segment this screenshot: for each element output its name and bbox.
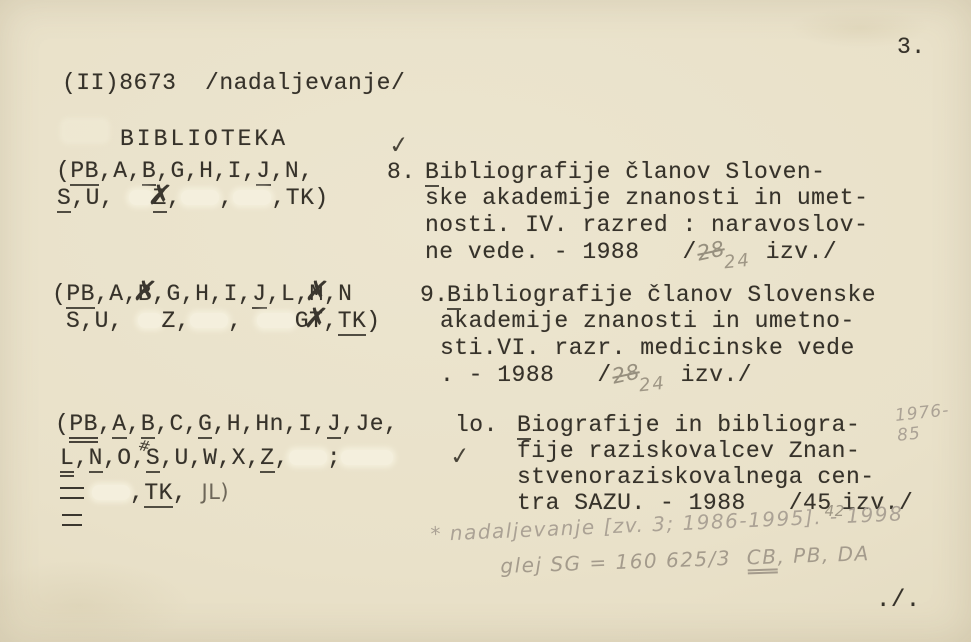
note-text: , PB, DA: [777, 541, 870, 568]
copies-count-correction: 24: [723, 248, 752, 277]
sigla-letter-crossed: B✗: [138, 281, 152, 307]
entry-10-title-line-3: stvenoraziskovalnega cen-: [517, 464, 875, 490]
whiteout-patch: [257, 313, 295, 328]
copies-count-correction: 24: [638, 371, 667, 400]
entry-10-sigla-line-2: L,N,O,S,U,W,X,Z,;: [60, 445, 393, 471]
title-initial: B: [425, 159, 439, 187]
checkmark-icon: ✓: [388, 130, 411, 160]
whiteout-patch: [341, 450, 393, 465]
entry-8-sigla-line-1: (PB,A,B,G,H,I,J,N,: [56, 158, 314, 184]
title-initial: B: [447, 282, 461, 310]
note-sigla-underlined: CB: [746, 544, 778, 574]
entry-9-title-line-4: . - 1988 /2824 izv./: [440, 361, 752, 389]
double-underline-mark: [60, 487, 84, 499]
sigla-segment: (: [52, 281, 66, 307]
paper-stain: [0, 560, 190, 642]
pencil-years-note: 1976-85: [894, 398, 971, 446]
end-mark: ./.: [876, 588, 921, 614]
sigla-segment: ,: [74, 445, 88, 471]
sigla-segment-handwritten: JL): [202, 480, 230, 504]
sigla-segment: ,: [98, 411, 112, 437]
sigla-segment: N: [89, 445, 103, 473]
strikeout-x-icon: ✗: [146, 180, 174, 211]
sigla-segment: Z: [260, 445, 274, 473]
sigla-segment: ,H,Hn,I,: [212, 411, 326, 437]
sigla-segment: J: [252, 281, 266, 309]
entry-9-sigla-line-2: S,U, Z,, GT✗,TK): [66, 308, 381, 334]
sigla-segment: ,: [176, 308, 190, 334]
sigla-segment: ,O,: [103, 445, 146, 471]
sigla-letter-crossed: T✗: [309, 308, 323, 334]
entry-10-sigla-line-3: ,TK, JL): [60, 479, 229, 506]
entry-8-title-line-3: nosti. IV. razred : naravoslov-: [425, 212, 868, 238]
sigla-segment: PB: [69, 411, 98, 443]
sigla-segment: G: [198, 411, 212, 439]
sigla-segment: J: [256, 158, 270, 186]
title-text: ibliografije članov Sloven-: [439, 159, 825, 185]
entry-10-title-line-2: fije raziskovalcev Znan-: [517, 438, 860, 464]
whiteout-patch: [289, 450, 327, 465]
sigla-segment: ,: [173, 480, 202, 506]
sigla-segment: ,: [130, 480, 144, 506]
title-initial: B: [517, 412, 531, 440]
sigla-segment: L: [60, 445, 74, 477]
entry-10-sigla-line-1: (PB,A,B,C,G,H,Hn,I,J,Je,: [55, 411, 398, 437]
sigla-segment: (: [56, 158, 70, 184]
handwritten-note-reference: glej SG = 160 625/3 CB, PB, DA: [500, 541, 870, 578]
sigla-segment: J: [327, 411, 341, 439]
entry-9-title-line-2: akademije znanosti in umetno-: [440, 308, 855, 334]
entry-9-title-line-1: Bibliografije članov Slovenske: [447, 282, 876, 308]
entry-8-title-line-4: ne vede. - 1988 /2824 izv./: [425, 238, 837, 266]
collection-title: BIBLIOTEKA: [120, 126, 288, 152]
whiteout-patch: [190, 313, 228, 328]
strikeout-x-icon: ✗: [303, 303, 331, 334]
entry-8-title-line-1: Bibliografije članov Sloven-: [425, 159, 825, 185]
sigla-segment: ,: [275, 445, 289, 471]
sigla-segment: PB: [66, 281, 95, 309]
checkmark-icon: ✓: [449, 441, 472, 471]
sigla-segment: S,U,: [66, 308, 138, 334]
entry-9-number: 9.: [420, 282, 449, 308]
sigla-segment: ,U,W,X,: [160, 445, 260, 471]
sigla-letter-crossed: Z✗: [153, 185, 167, 213]
catalog-card: 3. (II)8673 /nadaljevanje/ BIBLIOTEKA ✓ …: [0, 0, 971, 642]
sigla-segment: ,Je,: [341, 411, 398, 437]
call-number-line: (II)8673 /nadaljevanje/: [62, 70, 405, 96]
title-text: izv./: [751, 239, 837, 265]
sigla-segment: ,TK): [271, 185, 328, 211]
title-text: iografije in bibliogra-: [531, 412, 860, 438]
sigla-segment: ,G,H,I,: [152, 281, 252, 307]
entry-8-number: 8.: [387, 159, 416, 185]
entry-8-sigla-line-2: S,U, Z✗,,,TK): [57, 185, 329, 213]
sigla-segment: (: [55, 411, 69, 437]
whiteout-patch: [92, 485, 130, 500]
erased-smudge: [60, 118, 110, 144]
sigla-segment: TK: [144, 480, 173, 508]
sigla-segment: PB: [70, 158, 99, 186]
sigla-segment: ,: [219, 185, 233, 211]
strikeout-x-icon: ✗: [131, 276, 159, 307]
entry-8-title-line-2: ske akademije znanosti in umet-: [425, 185, 868, 211]
whiteout-patch: [233, 190, 271, 205]
note-text: glej SG = 160 625/3: [500, 545, 747, 578]
entry-10-number: lo.: [455, 412, 498, 438]
whiteout-patch: [181, 190, 219, 205]
sigla-segment: S: [57, 185, 71, 213]
title-text: ne vede. - 1988 /: [425, 239, 697, 265]
entry-10-title-line-1: Biografije in bibliogra-: [517, 412, 860, 438]
sigla-segment: ;: [327, 445, 341, 471]
sigla-segment: S: [146, 445, 160, 473]
page-number: 3.: [897, 34, 926, 60]
sigla-segment: B: [141, 411, 155, 439]
title-text: . - 1988 /: [440, 362, 612, 388]
double-underline-mark: [62, 514, 82, 526]
sigla-segment: TK: [338, 308, 367, 336]
entry-9-title-line-3: sti.VI. razr. medicinske vede: [440, 335, 855, 361]
sigla-segment: ,: [228, 308, 257, 334]
sigla-segment: ,: [127, 411, 141, 437]
sigla-segment: ,A,: [99, 158, 142, 184]
sigla-segment: ,N,: [271, 158, 314, 184]
sigla-segment: A: [112, 411, 126, 439]
whiteout-patch: [138, 313, 162, 328]
sigla-segment: ,U,: [71, 185, 128, 211]
sigla-segment: ): [366, 308, 380, 334]
title-text: ibliografije članov Slovenske: [461, 282, 876, 308]
title-text: izv./: [666, 362, 752, 388]
sigla-segment: ,C,: [155, 411, 198, 437]
sigla-segment: Z: [162, 308, 176, 334]
